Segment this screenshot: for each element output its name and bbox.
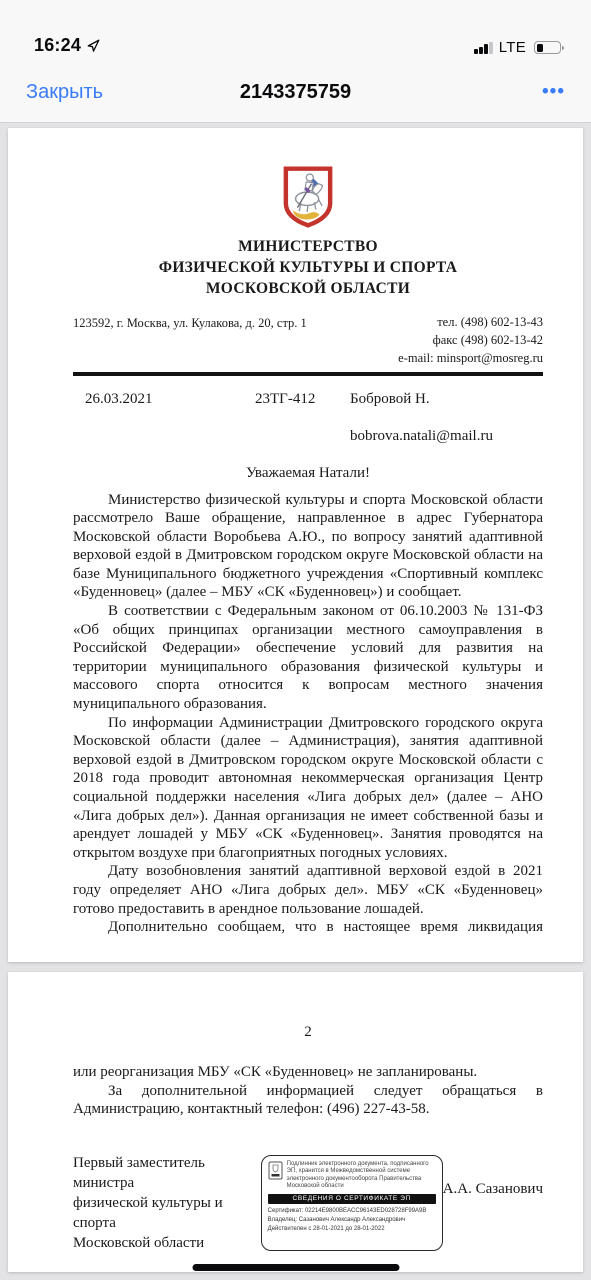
home-indicator[interactable] <box>192 1264 399 1271</box>
stamp-owner: Владелец: Сазанович Александр Александро… <box>268 1216 436 1225</box>
org-name-line1: МИНИСТЕРСТВО <box>73 236 543 257</box>
stamp-validity: Действителен с 28-01-2021 до 28-01-2022 <box>268 1225 436 1234</box>
paragraph: или реорганизация МБУ «СК «Буденновец» н… <box>73 1063 543 1082</box>
paragraph: В соответствии с Федеральным законом от … <box>73 602 543 714</box>
paragraph: Министерство физической культуры и спорт… <box>73 491 543 603</box>
org-name-line2: ФИЗИЧЕСКОЙ КУЛЬТУРЫ И СПОРТА <box>73 257 543 278</box>
paragraph: За дополнительной информацией следует об… <box>73 1082 543 1119</box>
signal-strength-icon <box>474 42 493 54</box>
org-email: e-mail: minsport@mosreg.ru <box>398 349 543 367</box>
signer-position-line2: физической культуры и спорта <box>73 1193 261 1233</box>
signer-name: А.А. Сазанович <box>443 1181 543 1198</box>
recipient-email: bobrova.natali@mail.ru <box>350 428 543 445</box>
letterhead-divider <box>73 372 543 376</box>
letterhead-contacts: 123592, г. Москва, ул. Кулакова, д. 20, … <box>73 313 543 367</box>
letter-recipient: Бобровой Н. <box>338 391 430 408</box>
signer-position-line1: Первый заместитель министра <box>73 1153 261 1193</box>
coat-of-arms <box>281 166 335 228</box>
signature-block: Первый заместитель министра физической к… <box>73 1153 543 1253</box>
signer-position-line3: Московской области <box>73 1233 261 1253</box>
org-contact-block: тел. (498) 602-13-43 факс (498) 602-13-4… <box>398 313 543 367</box>
org-name-line3: МОСКОВСКОЙ ОБЛАСТИ <box>73 278 543 299</box>
stamp-certificate-bar: СВЕДЕНИЯ О СЕРТИФИКАТЕ ЭП <box>268 1194 436 1204</box>
digital-signature-stamp: Подлинник электронного документа, подпис… <box>261 1155 443 1251</box>
more-options-button[interactable]: ••• <box>542 81 565 103</box>
page-1: МИНИСТЕРСТВО ФИЗИЧЕСКОЙ КУЛЬТУРЫ И СПОРТ… <box>8 128 583 962</box>
org-phone: тел. (498) 602-13-43 <box>398 313 543 331</box>
document-viewer[interactable]: МИНИСТЕРСТВО ФИЗИЧЕСКОЙ КУЛЬТУРЫ И СПОРТ… <box>0 123 591 1280</box>
letter-number: 23ТГ-412 <box>243 391 338 408</box>
stamp-certificate-number: Сертификат: 02214E9800BEACC96143ED028728… <box>268 1207 436 1216</box>
nav-bar: Закрыть 2143375759 ••• <box>0 62 591 123</box>
paragraph: По информации Администрации Дмитровского… <box>73 714 543 863</box>
salutation: Уважаемая Натали! <box>73 465 543 482</box>
letter-meta-row: 26.03.2021 23ТГ-412 Бобровой Н. <box>73 391 543 408</box>
status-bar: 16:24 LTE <box>0 0 591 62</box>
network-type-label: LTE <box>499 39 526 56</box>
paragraph: Дату возобновления занятий адаптивной ве… <box>73 862 543 918</box>
org-address: 123592, г. Москва, ул. Кулакова, д. 20, … <box>73 313 307 367</box>
battery-icon <box>534 41 561 54</box>
location-arrow-icon <box>86 38 101 53</box>
page-number: 2 <box>73 972 543 1041</box>
page-2: 2 или реорганизация МБУ «СК «Буденновец»… <box>8 972 583 1272</box>
organization-name: МИНИСТЕРСТВО ФИЗИЧЕСКОЙ КУЛЬТУРЫ И СПОРТ… <box>73 236 543 299</box>
stamp-header-text: Подлинник электронного документа, подпис… <box>287 1161 436 1191</box>
org-fax: факс (498) 602-13-42 <box>398 331 543 349</box>
stamp-document-icon <box>268 1161 283 1180</box>
letter-date: 26.03.2021 <box>73 391 243 408</box>
close-button[interactable]: Закрыть <box>26 81 103 104</box>
clock: 16:24 <box>34 35 81 56</box>
paragraph: Дополнительно сообщаем, что в настоящее … <box>73 918 543 937</box>
signer-position: Первый заместитель министра физической к… <box>73 1153 261 1253</box>
